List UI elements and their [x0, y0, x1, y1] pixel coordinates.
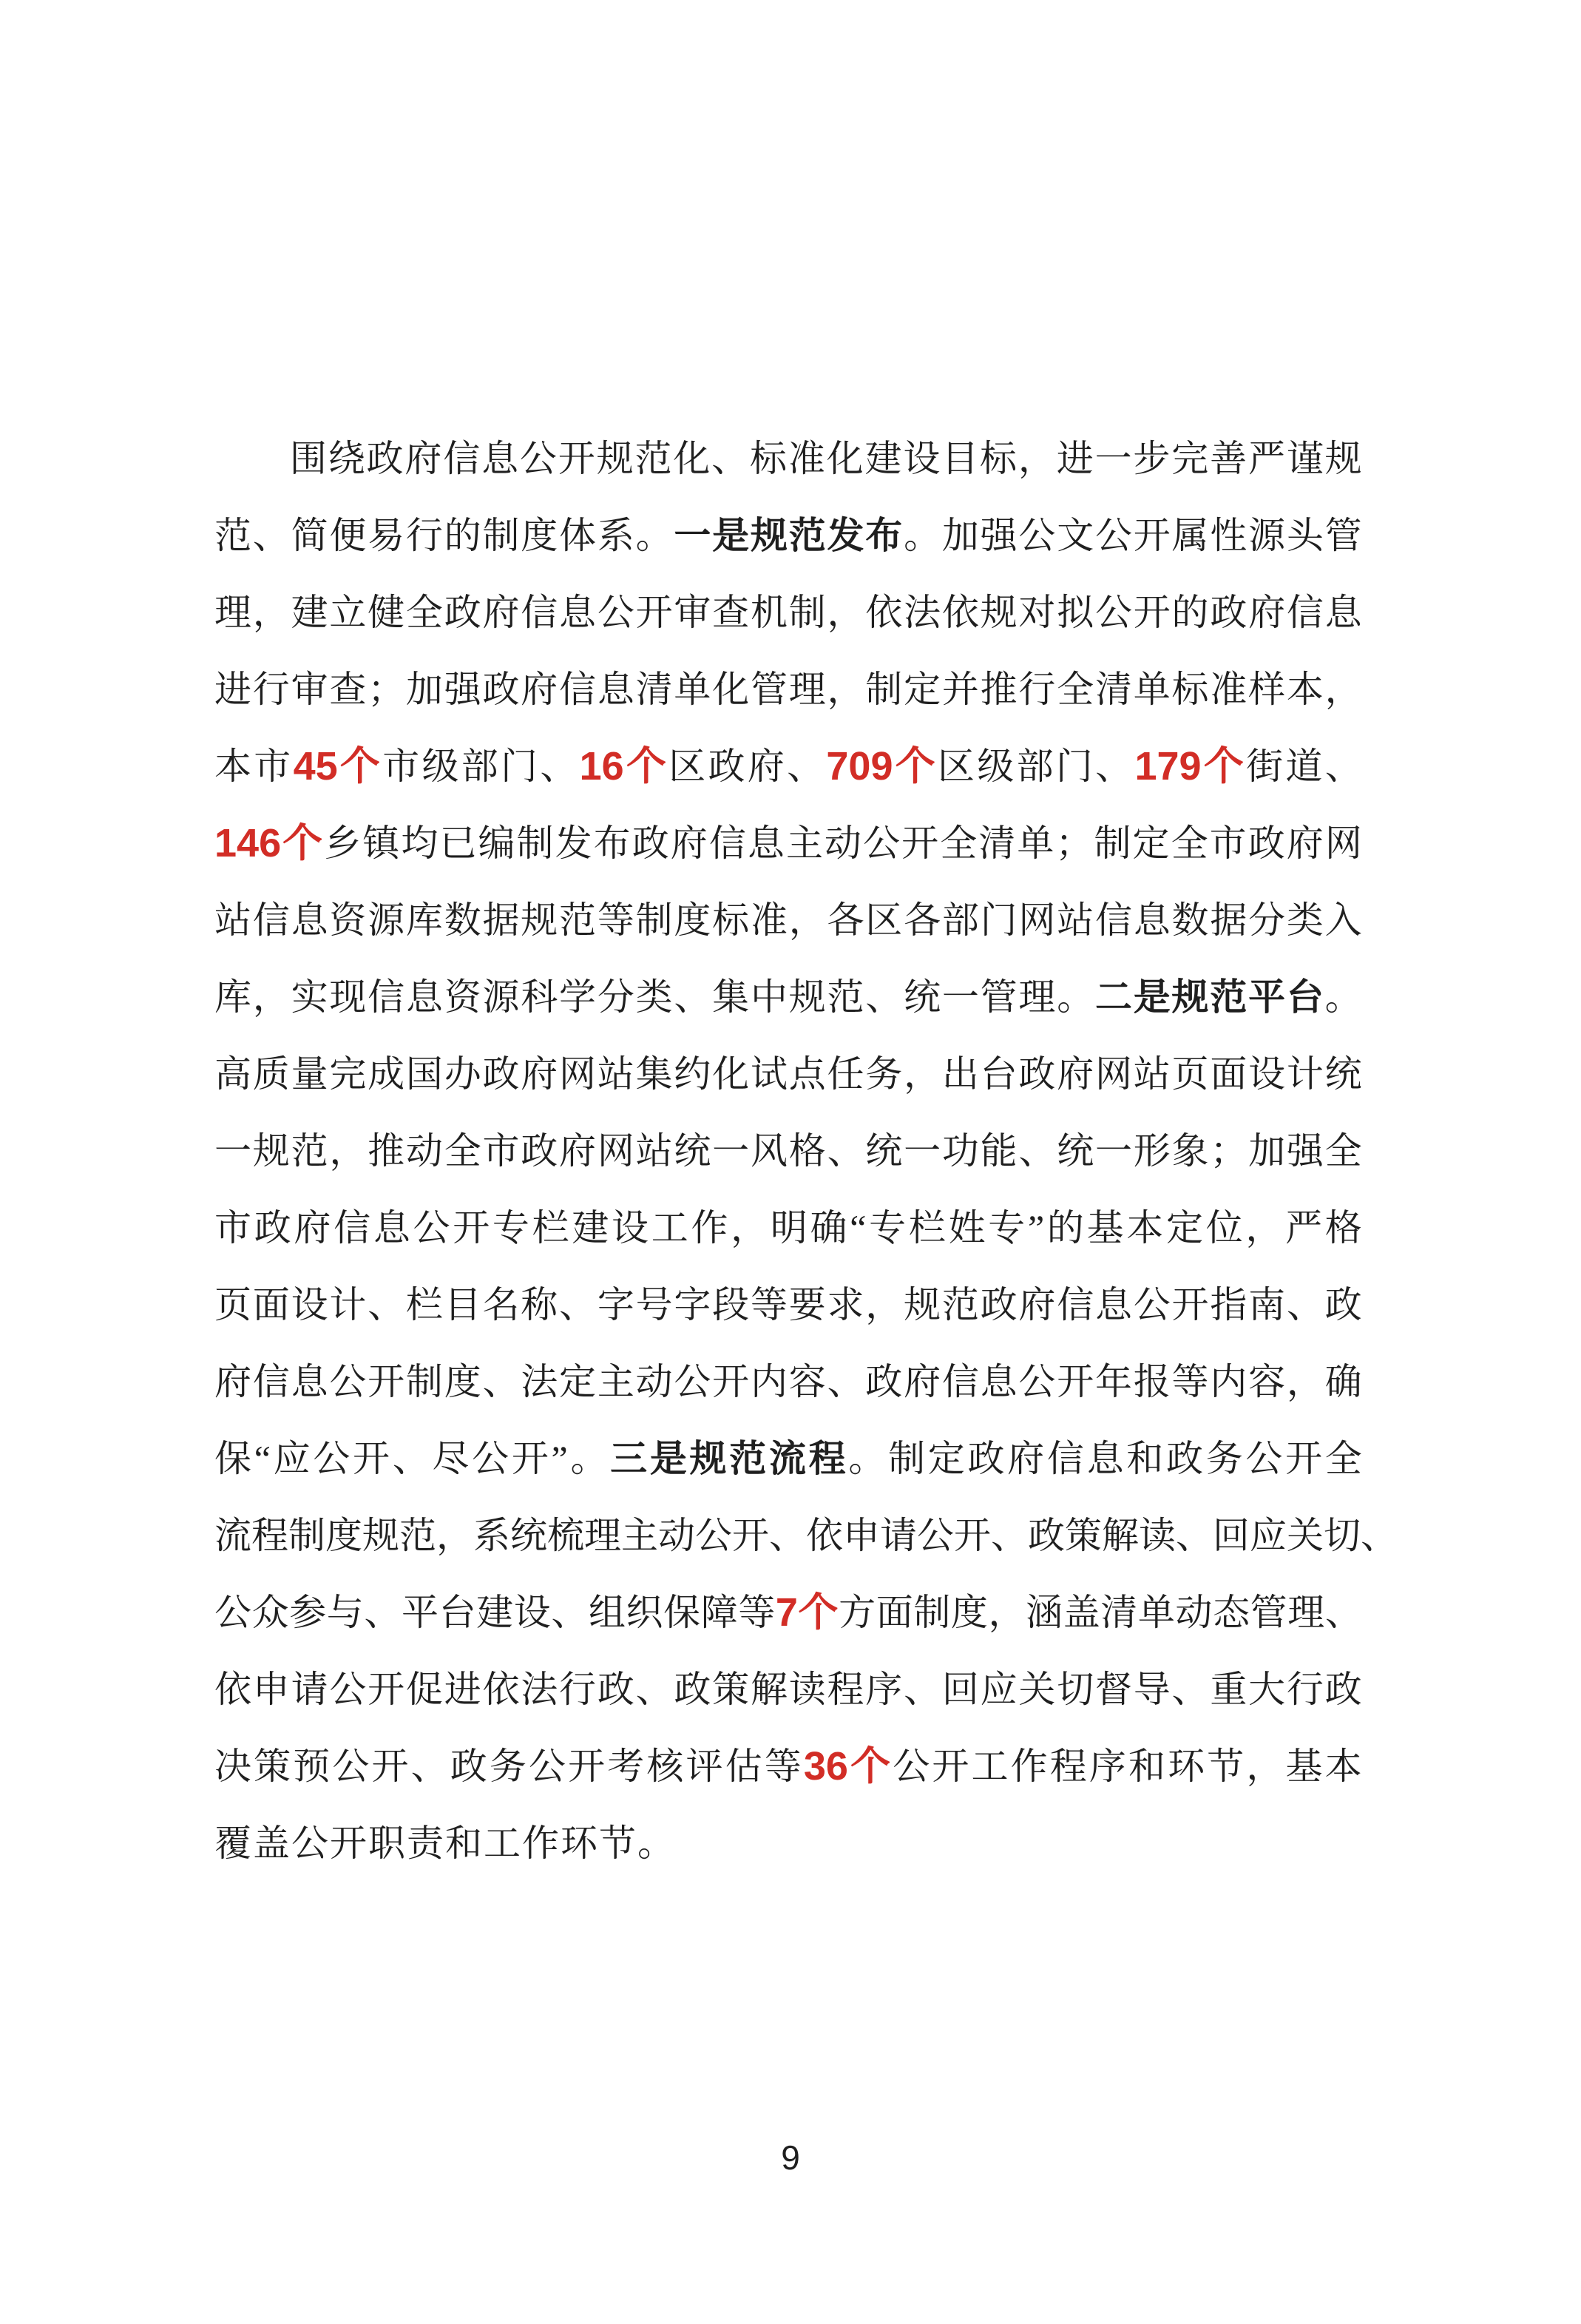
body-text: 对 [1018, 594, 1055, 631]
body-text: 建 [476, 1594, 513, 1631]
body-text: 统 [674, 1132, 711, 1169]
body-text: 参 [289, 1594, 326, 1631]
body-text: 作 [1011, 1748, 1048, 1785]
body-text: 政 [708, 748, 745, 785]
body-text: 形 [1134, 1132, 1171, 1169]
body-text: 、 [711, 440, 748, 477]
body-text: 加 [1248, 1132, 1285, 1169]
body-text: 化 [712, 1055, 749, 1092]
body-text: 序 [1089, 1748, 1126, 1785]
body-text: ， [1018, 440, 1055, 477]
body-text: 目 [941, 440, 978, 477]
body-text: 府 [904, 1363, 941, 1400]
body-text: 市 [1210, 825, 1247, 862]
body-text: 街 [1246, 748, 1283, 785]
body-text: 本 [1325, 1748, 1362, 1785]
body-text: 息 [406, 979, 443, 1016]
body-text: 实 [291, 979, 328, 1016]
body-text: 网 [1095, 1055, 1132, 1092]
body-text: 内 [1210, 1363, 1247, 1400]
body-text: 计 [329, 1286, 366, 1323]
body-text: 主 [786, 825, 823, 862]
body-text: 定 [904, 671, 941, 708]
body-text: 系 [473, 1517, 510, 1554]
body-text: 确 [1325, 1363, 1362, 1400]
body-text: 核 [646, 1748, 683, 1785]
body-text: 息 [748, 825, 785, 862]
body-text: ， [1246, 1748, 1283, 1785]
body-text: 读 [1139, 1517, 1176, 1554]
body-text: 加 [406, 671, 443, 708]
body-text: 标 [712, 902, 749, 939]
body-text: 府 [1057, 1055, 1094, 1092]
body-text: 格 [1325, 1209, 1362, 1246]
section-heading-text: 范 [729, 1440, 766, 1477]
body-text: 公 [1245, 1440, 1282, 1477]
body-text: 理 [1287, 1594, 1324, 1631]
body-text: 程 [251, 1517, 288, 1554]
body-text: 一 [904, 1132, 941, 1169]
body-text: 政 [1028, 1517, 1065, 1554]
body-text: 法 [521, 1671, 558, 1708]
body-text: 字 [674, 1286, 711, 1323]
body-text: 、 [827, 1132, 864, 1169]
body-text: ， [989, 1594, 1026, 1631]
body-text: 、 [540, 748, 577, 785]
body-text: 公 [893, 1748, 930, 1785]
body-text: 开 [1134, 517, 1171, 554]
body-text: 。 [1325, 979, 1362, 1016]
body-text: 制 [789, 594, 826, 631]
body-text: 重 [1210, 1671, 1247, 1708]
document-page: 围绕政府信息公开规范化、标准化建设目标，进一步完善严谨规范、简便易行的制度体系。… [0, 0, 1581, 2324]
body-text: 制 [482, 517, 519, 554]
body-text: 市 [214, 1209, 251, 1246]
body-text: 开 [1134, 594, 1171, 631]
body-text: 量 [291, 1055, 328, 1092]
body-text: 强 [1287, 1132, 1324, 1169]
body-text: 府 [559, 1132, 596, 1169]
body-text: 法 [904, 594, 941, 631]
section-heading-text: 三 [610, 1440, 647, 1477]
body-text: 号 [636, 1286, 673, 1323]
body-text: 段 [712, 1286, 749, 1323]
body-text: 预 [293, 1748, 330, 1785]
body-text: 公 [695, 1517, 732, 1554]
body-text: 约 [674, 1055, 711, 1092]
body-text: 区 [938, 748, 975, 785]
body-text: 障 [701, 1594, 738, 1631]
body-text: 法 [521, 1363, 558, 1400]
body-text: 管 [1325, 517, 1362, 554]
text-line: 依申请公开促进依法行政、政策解读程序、回应关切督导、重大行政 [214, 1651, 1362, 1728]
body-text: 善 [1210, 440, 1247, 477]
body-text: 政 [450, 1748, 487, 1785]
body-text: 明 [771, 1209, 808, 1246]
body-text: 面 [1210, 1055, 1247, 1092]
text-line: 保“应公开、尽公开”。三是规范流程。制定政府信息和政务公开全 [214, 1420, 1362, 1497]
body-text: 众 [252, 1594, 289, 1631]
text-line: 理，建立健全政府信息公开审查机制，依法依规对拟公开的政府信息 [214, 574, 1362, 651]
body-text: 容 [1248, 1363, 1285, 1400]
body-text: 制 [1094, 825, 1131, 862]
body-text: 加 [942, 517, 979, 554]
body-text: 推 [368, 1132, 404, 1169]
body-text: 、 [1325, 748, 1362, 785]
section-heading-text: 范 [1210, 979, 1247, 1016]
body-text: 确 [810, 1209, 847, 1246]
body-text: 公 [413, 1209, 450, 1246]
body-text: 环 [1168, 1748, 1205, 1785]
body-text: 市 [482, 1132, 519, 1169]
body-text: 办 [444, 1055, 481, 1092]
body-text: 范 [559, 902, 596, 939]
body-text: 全 [1325, 1440, 1362, 1477]
body-text: 态 [1213, 1594, 1250, 1631]
body-text: 网 [1018, 902, 1055, 939]
body-text: 镇 [362, 825, 399, 862]
text-line: 146个乡镇均已编制发布政府信息主动公开全清单；制定全市政府网 [214, 805, 1362, 882]
body-text: 步 [1133, 440, 1170, 477]
body-text: 清 [1100, 1594, 1137, 1631]
body-text: 信 [1287, 594, 1324, 631]
section-heading-text: 布 [865, 517, 902, 554]
body-text: 名 [482, 1286, 519, 1323]
body-text: 府 [521, 1055, 558, 1092]
body-text: 试 [751, 1055, 788, 1092]
body-text: ； [368, 671, 404, 708]
body-text: 乡 [324, 825, 361, 862]
body-text: 开 [1172, 1286, 1209, 1323]
body-text: 府 [1287, 825, 1324, 862]
body-text: 范 [291, 1132, 328, 1169]
body-text: ” [1028, 1209, 1044, 1246]
body-text: 序 [865, 1671, 902, 1708]
body-text: 面 [253, 1286, 290, 1323]
body-text: 便 [329, 517, 366, 554]
body-text: 属 [1172, 517, 1209, 554]
body-text: ， [827, 671, 864, 708]
body-text: 体 [559, 517, 596, 554]
body-text: 息 [981, 1363, 1018, 1400]
body-text: 、 [787, 748, 824, 785]
body-text: 依 [482, 1671, 519, 1708]
body-text: 政 [981, 1286, 1018, 1323]
body-text: 、 [1095, 748, 1132, 785]
body-text: 严 [1248, 440, 1285, 477]
body-text: 管 [1250, 1594, 1287, 1631]
body-text: 、 [253, 517, 290, 554]
body-text: 。 [904, 517, 941, 554]
body-text: 称 [521, 1286, 558, 1323]
body-text: 管 [751, 671, 788, 708]
body-text: 策 [712, 1671, 749, 1708]
body-text: 已 [439, 825, 476, 862]
body-text: 类 [636, 979, 673, 1016]
body-text: 保 [214, 1440, 251, 1477]
body-text: 息 [1134, 902, 1171, 939]
body-text: 门 [981, 902, 1018, 939]
body-text: 府 [482, 594, 519, 631]
body-text: 政 [865, 1363, 902, 1400]
body-paragraph: 围绕政府信息公开规范化、标准化建设目标，进一步完善严谨规范、简便易行的制度体系。… [214, 420, 1362, 1882]
body-text: 统 [904, 979, 941, 1016]
body-text: 站 [1134, 1055, 1171, 1092]
body-text: 政 [1166, 1440, 1203, 1477]
body-text: 府 [1248, 594, 1285, 631]
body-text: 、 [1287, 1286, 1324, 1323]
body-text: ， [904, 1055, 941, 1092]
body-text: 定 [928, 1440, 965, 1477]
body-text: 一 [214, 1132, 251, 1169]
section-heading-text: 发 [827, 517, 864, 554]
body-text: 。 [636, 517, 673, 554]
body-text: 开 [558, 440, 595, 477]
body-text: 区 [865, 902, 902, 939]
body-text: 内 [751, 1363, 788, 1400]
body-text: 程 [827, 1671, 864, 1708]
body-text: 出 [942, 1055, 979, 1092]
section-heading-text: 平 [1248, 979, 1285, 1016]
body-text: 点 [789, 1055, 826, 1092]
body-text: 平 [402, 1594, 439, 1631]
body-text: 动 [825, 825, 861, 862]
body-text: 规 [521, 902, 558, 939]
body-text: 、 [904, 1671, 941, 1708]
body-text: 政 [482, 671, 519, 708]
body-text: 组 [589, 1594, 626, 1631]
body-text: 建 [865, 440, 902, 477]
body-text: ， [253, 594, 290, 631]
body-text: 站 [1057, 902, 1094, 939]
body-text: 政 [367, 440, 404, 477]
body-text: 页 [1172, 1055, 1209, 1092]
body-text: 公 [1018, 1363, 1055, 1400]
body-text: 样 [1248, 671, 1285, 708]
body-text: 规 [597, 440, 634, 477]
body-text: 等 [751, 1286, 788, 1323]
body-text: 准 [788, 440, 825, 477]
body-text: 政 [254, 1209, 291, 1246]
text-line: 本市45个市级部门、16个区政府、709个区级部门、179个街道、 [214, 728, 1362, 805]
body-text: 。 [848, 1440, 885, 1477]
body-text: 导 [1134, 1671, 1171, 1708]
body-text: 审 [674, 594, 711, 631]
section-heading-text: 一 [674, 517, 711, 554]
body-text: 开 [1057, 1363, 1094, 1400]
body-text: 回 [1213, 1517, 1250, 1554]
body-text: 理 [214, 594, 251, 631]
body-text: 进 [214, 671, 251, 708]
body-text: 头 [1287, 517, 1324, 554]
body-text: 清 [1095, 671, 1132, 708]
body-text: 考 [607, 1748, 644, 1785]
text-line: 市政府信息公开专栏建设工作，明确“专栏姓专”的基本定位，严格 [214, 1189, 1362, 1266]
body-text: 策 [1065, 1517, 1102, 1554]
body-text: 类 [1287, 902, 1324, 939]
body-text: 市 [382, 748, 419, 785]
body-text: ， [731, 1209, 768, 1246]
body-text: 政 [597, 1671, 634, 1708]
body-text: 与 [327, 1594, 364, 1631]
body-text: 公 [597, 594, 634, 631]
body-text: 切 [1324, 1517, 1361, 1554]
text-line: 一规范，推动全市政府网站统一风格、统一功能、统一形象；加强全 [214, 1112, 1362, 1189]
body-text: 全 [940, 825, 977, 862]
body-text: 范 [634, 440, 671, 477]
body-text: 、 [1325, 1594, 1362, 1631]
body-text: 织 [626, 1594, 663, 1631]
body-text: 等 [765, 1748, 802, 1785]
body-text: 建 [572, 1209, 609, 1246]
body-text: 字 [597, 1286, 634, 1323]
body-text: 功 [942, 1132, 979, 1169]
body-text: 简 [291, 517, 328, 554]
body-text: 资 [329, 902, 366, 939]
body-text: 强 [444, 671, 481, 708]
body-text: 政 [1018, 1055, 1055, 1092]
stat-number: 个 [282, 823, 322, 863]
body-text: 大 [1248, 1671, 1285, 1708]
body-text: 开 [636, 594, 673, 631]
body-text: 息 [597, 671, 634, 708]
body-text: 质 [253, 1055, 290, 1092]
body-text: ” [552, 1440, 568, 1477]
section-heading-text: 规 [751, 517, 788, 554]
body-text: 政 [1248, 825, 1285, 862]
body-text: 切 [1057, 1671, 1094, 1708]
body-text: 梳 [547, 1517, 584, 1554]
body-text: 指 [1210, 1286, 1247, 1323]
stat-number: 45 [294, 746, 338, 786]
body-text: 、 [1172, 1671, 1209, 1708]
body-text: 学 [559, 979, 596, 1016]
stat-number: 7 [776, 1592, 798, 1632]
body-text: 设 [903, 440, 940, 477]
body-text: 信 [443, 440, 480, 477]
body-text: 专 [869, 1209, 906, 1246]
body-text: 的 [1047, 1209, 1084, 1246]
stat-number: 个 [896, 746, 935, 786]
body-text: 信 [709, 825, 746, 862]
body-text: 准 [1210, 671, 1247, 708]
body-text: 本 [214, 748, 251, 785]
body-text: 姓 [949, 1209, 986, 1246]
body-text: 务 [490, 1748, 527, 1785]
body-text: 均 [401, 825, 438, 862]
body-text: 基 [1087, 1209, 1124, 1246]
body-text: 、 [551, 1594, 588, 1631]
body-text: 开 [368, 1671, 404, 1708]
section-heading-text: 台 [1287, 979, 1324, 1016]
body-text: 等 [597, 902, 634, 939]
body-text: 度 [325, 1517, 362, 1554]
body-text: 单 [674, 671, 711, 708]
body-text: 规 [1325, 440, 1362, 477]
body-text: 主 [597, 1363, 634, 1400]
body-text: 动 [658, 1517, 695, 1554]
body-text: ， [1245, 1209, 1282, 1246]
body-text: 决 [214, 1748, 251, 1785]
body-text: 强 [981, 517, 1018, 554]
body-text: 应 [981, 1671, 1018, 1708]
body-text: 制 [913, 1594, 950, 1631]
body-text: 库 [406, 902, 443, 939]
body-text: 专 [492, 1209, 529, 1246]
section-heading-text: 规 [1172, 979, 1209, 1016]
body-text: 规 [362, 1517, 399, 1554]
body-text: 谨 [1287, 440, 1324, 477]
stat-number: 个 [850, 1746, 890, 1786]
body-text: 栏 [532, 1209, 569, 1246]
body-text: 各 [827, 902, 864, 939]
body-text: 站 [597, 1055, 634, 1092]
body-text: 数 [1172, 902, 1209, 939]
body-text: 全 [1171, 825, 1208, 862]
body-text: 、 [411, 1748, 448, 1785]
body-text: 、 [482, 1363, 519, 1400]
body-text: 本 [1126, 1209, 1163, 1246]
body-text: 政 [632, 825, 669, 862]
body-text: 公 [520, 440, 557, 477]
body-text: 准 [751, 902, 788, 939]
body-text: 全 [406, 594, 443, 631]
body-text: 标 [1172, 671, 1209, 708]
body-text: 务 [865, 1055, 902, 1092]
body-text: 规 [253, 1132, 290, 1169]
body-text: 信 [559, 671, 596, 708]
body-text: 立 [329, 594, 366, 631]
body-text: 府 [748, 748, 785, 785]
body-text: 性 [1210, 517, 1247, 554]
body-text: 作 [691, 1209, 728, 1246]
body-text: 方 [839, 1594, 876, 1631]
body-text: 专 [988, 1209, 1025, 1246]
body-text: 定 [1133, 825, 1170, 862]
body-text: 严 [1285, 1209, 1322, 1246]
section-heading-text: 程 [809, 1440, 846, 1477]
body-text: 站 [214, 902, 251, 939]
body-text: ， [1287, 1363, 1324, 1400]
body-text: 尽 [432, 1440, 469, 1477]
body-text: 统 [1057, 1132, 1094, 1169]
body-text: 关 [1287, 1517, 1324, 1554]
body-text: 、 [559, 1286, 596, 1323]
body-text: 节 [1207, 1748, 1244, 1785]
body-text: 求 [827, 1286, 864, 1323]
body-text: 的 [1172, 594, 1209, 631]
body-text: ， [865, 1286, 902, 1323]
stat-number: 146 [214, 823, 281, 863]
body-text: 并 [942, 671, 979, 708]
body-text: 单 [1138, 1594, 1175, 1631]
body-text: 信 [521, 594, 558, 631]
body-text: 、 [393, 1440, 430, 1477]
body-text: 政 [967, 1440, 1004, 1477]
body-text: 行 [1018, 671, 1055, 708]
body-text: 、 [1176, 1517, 1213, 1554]
body-text: 系 [597, 517, 634, 554]
body-text: 读 [789, 1671, 826, 1708]
body-text: 流 [214, 1517, 251, 1554]
body-text: 应 [1250, 1517, 1287, 1554]
body-text: ； [1210, 1132, 1247, 1169]
body-text: 设 [514, 1594, 551, 1631]
body-text: 息 [1087, 1440, 1124, 1477]
body-text: 公 [917, 1517, 954, 1554]
body-text: 盖 [1063, 1594, 1100, 1631]
section-heading-text: 范 [789, 517, 826, 554]
